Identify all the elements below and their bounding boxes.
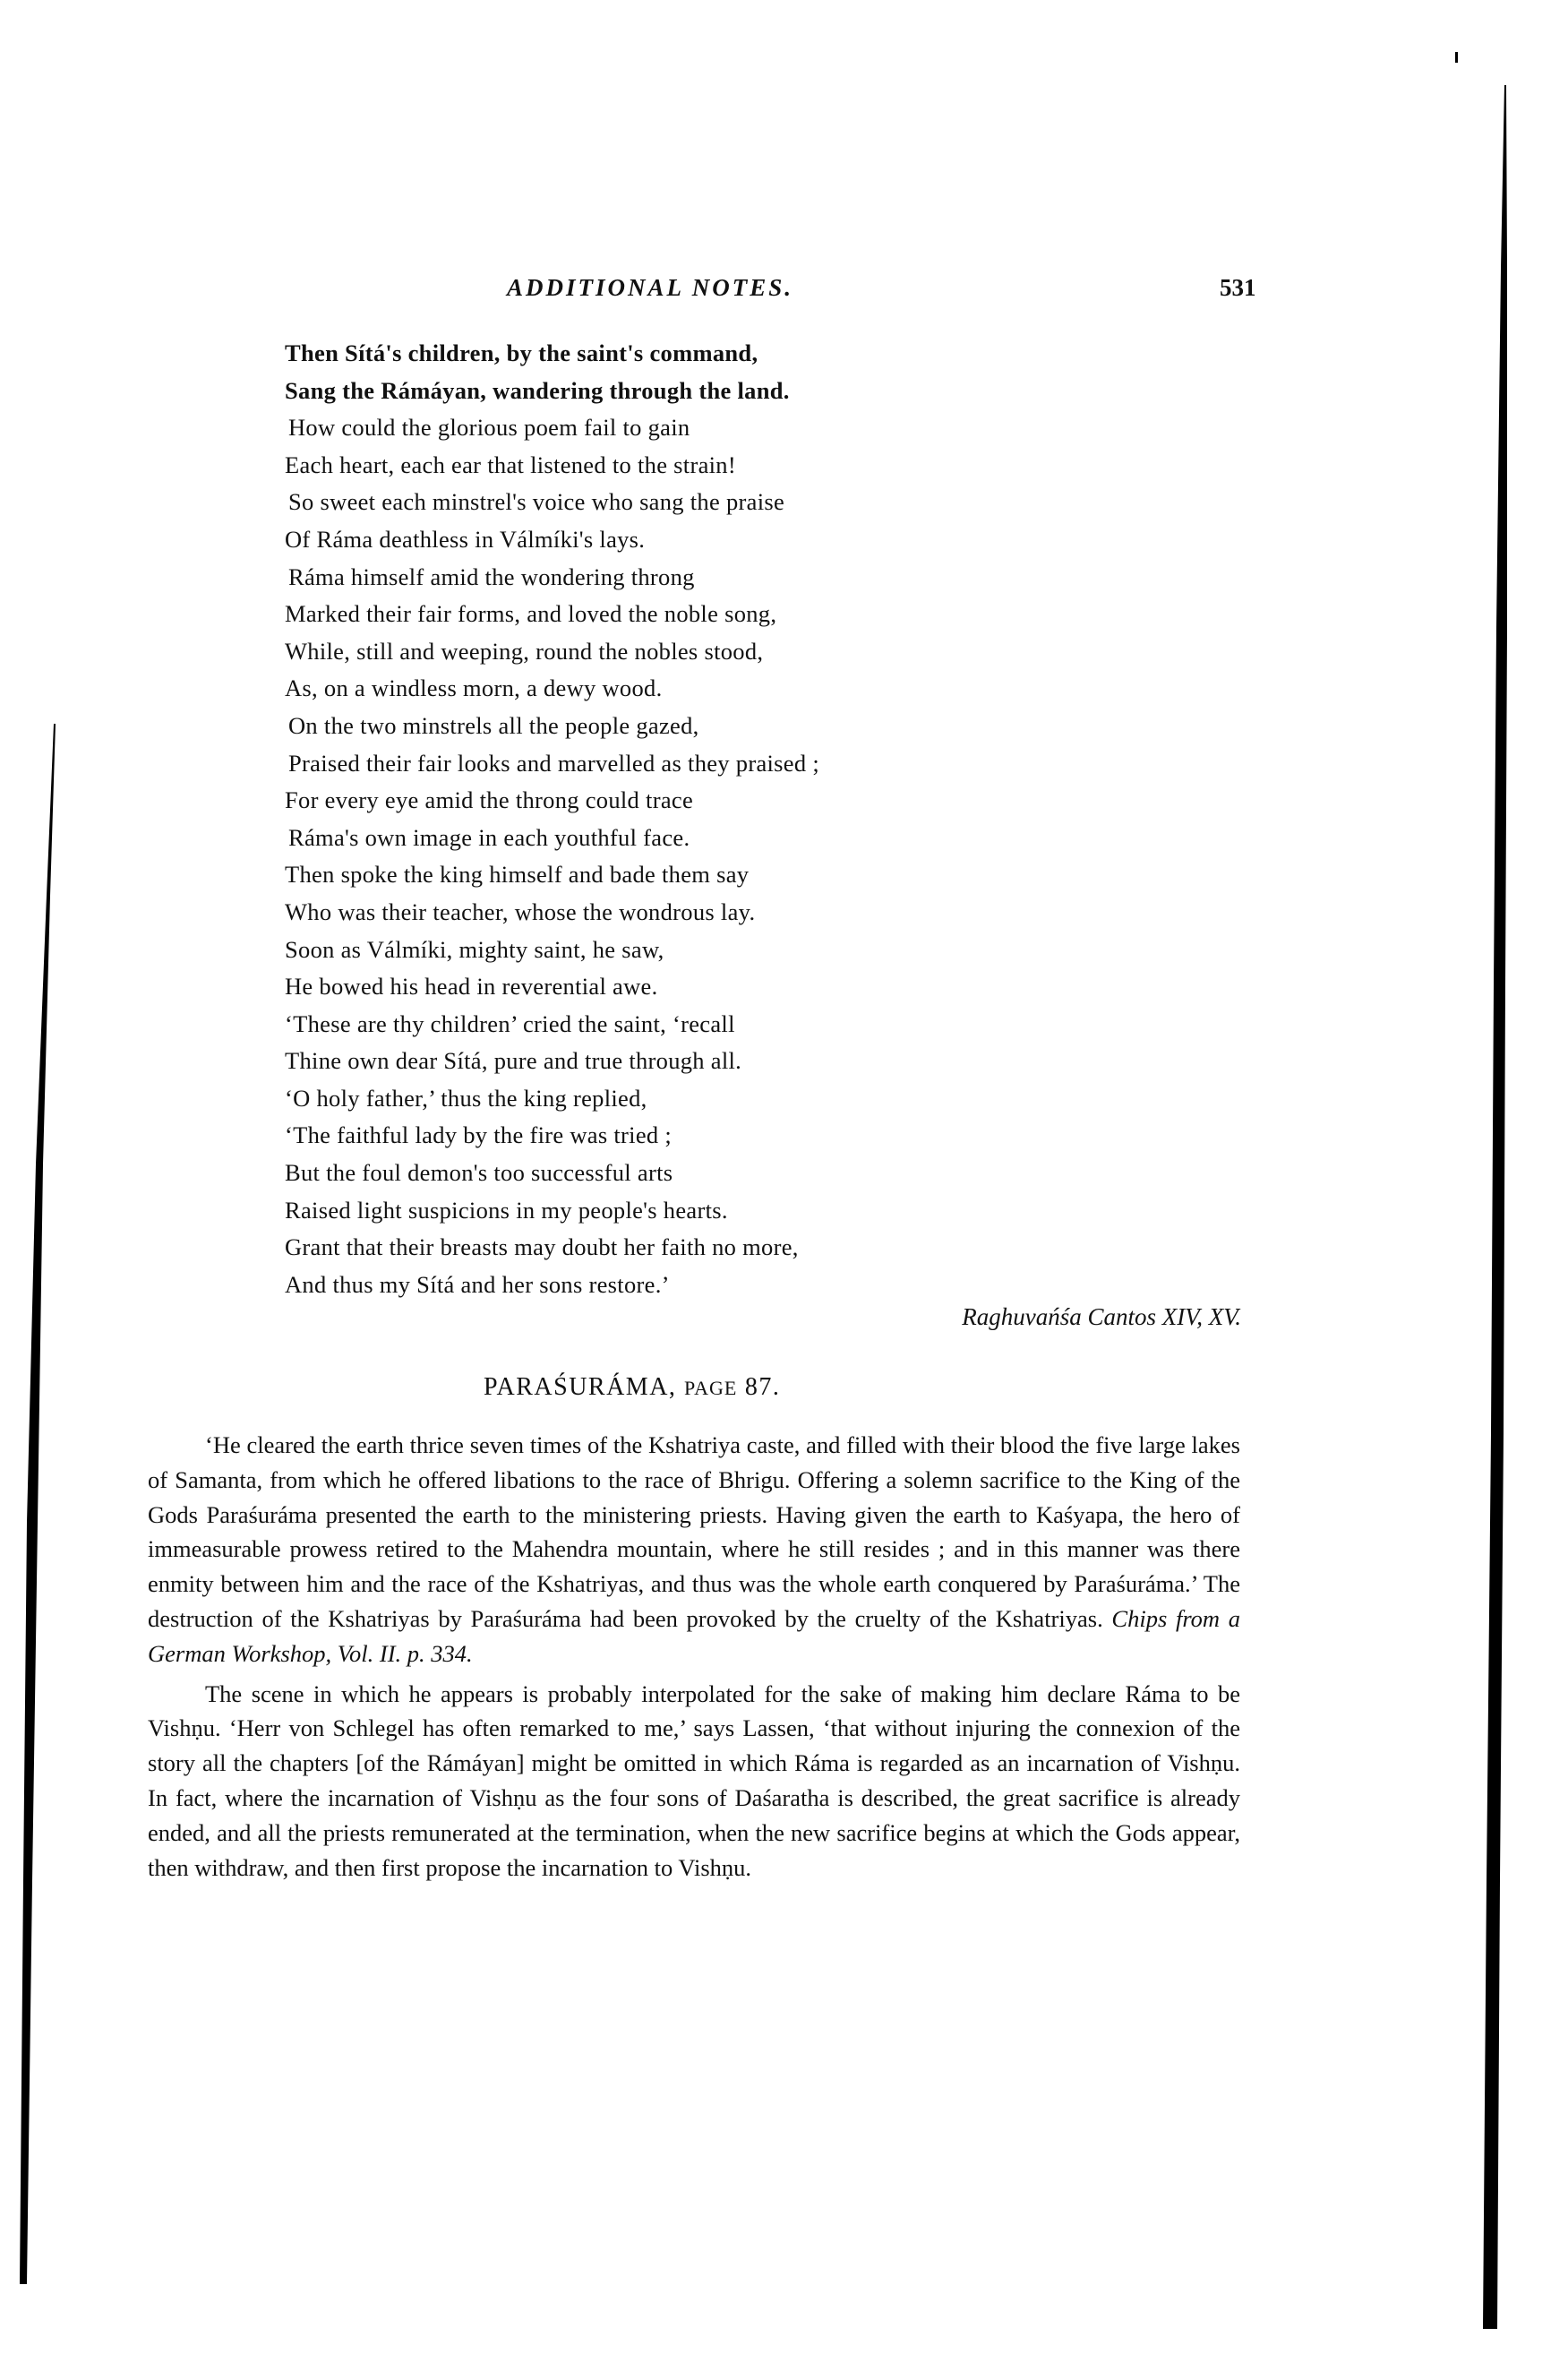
poem-line: Ráma's own image in each youthful face. [285,820,1270,857]
source-reference: Vol. II. p. 334. [338,1640,473,1667]
poem-line: Ráma himself amid the wondering throng [285,559,1270,597]
paragraph-text: ‘He cleared the earth thrice seven times… [148,1431,1240,1632]
poem-line: Then Sítá's children, by the saint's com… [285,335,1270,373]
paragraph: The scene in which he appears is probabl… [148,1677,1240,1886]
poem-line: Who was their teacher, whose the wondrou… [285,894,1270,932]
poem-line: He bowed his head in reverential awe. [285,968,1270,1006]
poem-line: On the two minstrels all the people gaze… [285,708,1270,745]
poem-line: Of Ráma deathless in Válmíki's lays. [285,521,1270,559]
poem-line: Marked their fair forms, and loved the n… [285,596,1270,633]
poem-line: How could the glorious poem fail to gain [285,409,1270,447]
poem-line: So sweet each minstrel's voice who sang … [285,484,1270,521]
left-page-edge-line [20,724,56,2284]
section-heading-page-label: PAGE [684,1377,737,1399]
paragraph: ‘He cleared the earth thrice seven times… [148,1428,1240,1671]
poem-block: Then Sítá's children, by the saint's com… [285,335,1270,1303]
poem-line: For every eye amid the throng could trac… [285,782,1270,820]
running-title: ADDITIONAL NOTES. [507,274,865,302]
book-page: ADDITIONAL NOTES. 531 Then Sítá's childr… [0,0,1568,2371]
poem-line: ‘The faithful lady by the fire was tried… [285,1117,1270,1155]
poem-line: Thine own dear Sítá, pure and true throu… [285,1043,1270,1080]
poem-line: Grant that their breasts may doubt her f… [285,1229,1270,1267]
poem-line: ‘These are thy children’ cried the saint… [285,1006,1270,1044]
paragraph-text: The scene in which he appears is probabl… [148,1680,1240,1881]
poem-citation: Raghuvańśa Cantos XIV, XV. [806,1303,1241,1331]
poem-line: And thus my Sítá and her sons restore.’ [285,1267,1270,1304]
poem-line: Soon as Válmíki, mighty saint, he saw, [285,932,1270,969]
section-heading-title: PARAŚURÁMA, [484,1373,676,1401]
poem-line: ‘O holy father,’ thus the king replied, [285,1080,1270,1118]
section-heading-page-number: 87. [745,1373,781,1401]
page-number: 531 [1220,274,1273,302]
scan-mark [1455,52,1458,63]
poem-line: While, still and weeping, round the nobl… [285,633,1270,671]
poem-line: Sang the Rámáyan, wandering through the … [285,373,1270,410]
poem-line: But the foul demon's too successful arts [285,1155,1270,1192]
section-heading: PARAŚURÁMA, PAGE 87. [484,1373,1110,1402]
poem-line: Then spoke the king himself and bade the… [285,856,1270,894]
prose-body: ‘He cleared the earth thrice seven times… [148,1428,1240,1885]
poem-line: As, on a windless morn, a dewy wood. [285,670,1270,708]
right-page-edge-line [1483,85,1507,2329]
poem-line: Each heart, each ear that listened to th… [285,447,1270,485]
poem-line: Raised light suspicions in my people's h… [285,1192,1270,1230]
poem-line: Praised their fair looks and marvelled a… [285,745,1270,783]
